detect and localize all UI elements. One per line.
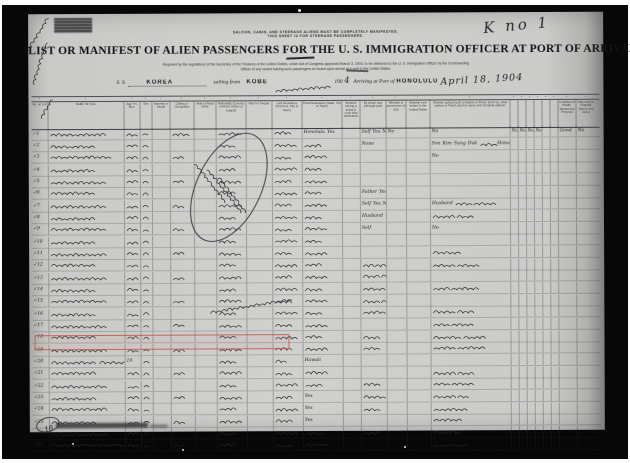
cell-name xyxy=(48,187,124,198)
pen-underline-mark xyxy=(286,57,314,60)
cell-deformed xyxy=(576,222,596,233)
cell-ticket xyxy=(342,163,360,174)
cell-q1 xyxy=(510,234,518,245)
cell-q2 xyxy=(519,414,527,425)
cell-q1 xyxy=(511,390,519,401)
cell-deformed xyxy=(576,258,596,269)
cell-q3 xyxy=(526,210,534,221)
cell-q4 xyxy=(535,402,543,413)
cell-q2 xyxy=(518,331,526,342)
cell-money xyxy=(387,367,407,378)
cell-ticket xyxy=(342,235,360,246)
cell-paid xyxy=(361,391,387,402)
column-header-money: Whether in possession of $50 xyxy=(385,101,405,128)
cell-health xyxy=(558,294,576,305)
cell-sex xyxy=(141,392,153,403)
cell-q4 xyxy=(535,390,543,401)
cell-paid: FatherYesNo xyxy=(360,187,386,198)
cell-dest: HonoluluYes xyxy=(302,127,342,138)
cell-q2 xyxy=(518,318,526,329)
cell-q1 xyxy=(510,318,518,329)
cell-lastres xyxy=(273,355,303,366)
cell-join xyxy=(430,187,510,198)
cell-sex xyxy=(140,248,152,259)
sailing-from-label: sailing from xyxy=(213,79,240,85)
cell-nationality xyxy=(217,427,247,438)
cell-inus xyxy=(406,283,430,294)
cell-calling xyxy=(171,392,195,403)
cell-q5 xyxy=(542,269,550,280)
cell-q1 xyxy=(510,198,518,209)
handwriting-text: ✓7 xyxy=(33,204,40,209)
cell-paid xyxy=(360,307,386,318)
cell-name xyxy=(48,284,124,295)
cell-no: ✓13 xyxy=(32,273,48,284)
cell-race xyxy=(247,391,273,402)
cell-deformed xyxy=(576,174,596,185)
cell-read xyxy=(195,416,217,427)
cell-name xyxy=(48,200,124,211)
cell-deformed xyxy=(576,330,596,341)
cell-dest xyxy=(302,163,342,174)
cell-inus xyxy=(406,234,430,245)
cell-name xyxy=(48,164,124,175)
cell-health xyxy=(558,138,576,149)
cell-dest xyxy=(302,175,342,186)
cell-age xyxy=(125,428,141,439)
cell-q4 xyxy=(534,186,542,197)
cell-q5 xyxy=(543,413,551,424)
cell-paid: Husband xyxy=(360,211,386,222)
handwriting-text: None xyxy=(362,142,374,147)
cell-inus xyxy=(406,319,430,330)
cell-inus xyxy=(406,175,430,186)
cell-join xyxy=(430,318,510,329)
cell-age xyxy=(124,212,140,223)
cell-q2 xyxy=(519,378,527,389)
cell-sex xyxy=(140,284,152,295)
cell-read xyxy=(195,439,217,450)
handwriting-text: Yes xyxy=(327,130,335,135)
cell-sex xyxy=(140,223,152,234)
cell-health xyxy=(558,197,576,208)
cell-no: ✓2 xyxy=(32,140,48,151)
cell-age xyxy=(124,176,140,187)
cell-paid xyxy=(360,295,386,306)
cell-dest xyxy=(302,247,342,258)
cell-money xyxy=(387,342,407,353)
handwriting-text: ✓4 xyxy=(33,168,40,173)
cell-q4 xyxy=(534,306,542,317)
cell-join: Husband xyxy=(430,198,510,210)
cell-calling xyxy=(171,367,195,378)
cell-q1 xyxy=(510,306,518,317)
cell-q6 xyxy=(551,426,559,437)
cell-ticket xyxy=(342,271,360,282)
cell-dest xyxy=(302,199,342,210)
column-header-q5 xyxy=(541,100,549,127)
cell-join xyxy=(430,234,510,246)
cell-nationality xyxy=(217,391,247,402)
cell-q3 xyxy=(527,414,535,425)
cell-q5 xyxy=(543,390,551,401)
cell-nationality xyxy=(217,415,247,426)
cell-health xyxy=(559,366,577,377)
cell-q4 xyxy=(534,162,542,173)
cell-health xyxy=(558,269,576,280)
cell-join xyxy=(431,354,511,365)
column-header-deformed: Deformed or Crippled. Nature and cause xyxy=(575,100,595,127)
cell-lastres xyxy=(273,403,303,414)
cell-age xyxy=(124,140,140,151)
handwriting-text: No xyxy=(512,129,518,134)
cell-name xyxy=(48,308,124,319)
cell-marital xyxy=(152,272,170,283)
cell-ticket xyxy=(342,151,360,162)
cell-q6 xyxy=(550,125,558,136)
cell-no: ✓7 xyxy=(32,201,48,212)
cell-read xyxy=(194,319,216,330)
cell-health xyxy=(558,318,576,329)
handwriting-text: Yes xyxy=(305,394,313,399)
cell-q1 xyxy=(510,174,518,185)
cell-inus xyxy=(406,295,430,306)
cell-marital xyxy=(152,308,170,319)
cell-paid xyxy=(360,271,386,282)
handwriting-text: ✓6 xyxy=(33,191,40,196)
cell-q3 xyxy=(526,246,534,257)
cell-marital xyxy=(152,176,170,187)
cell-q6 xyxy=(550,210,558,221)
cell-dest: Hawaii xyxy=(303,355,343,366)
cell-age xyxy=(124,164,140,175)
cell-q5 xyxy=(543,341,551,352)
cell-q1 xyxy=(511,414,519,425)
cell-inus xyxy=(406,223,430,234)
cell-inus xyxy=(406,259,430,270)
cell-calling xyxy=(171,416,195,427)
cell-q2 xyxy=(518,138,526,149)
cell-marital xyxy=(152,223,170,234)
cell-deformed xyxy=(577,390,597,401)
cell-ticket xyxy=(343,355,361,366)
cell-marital xyxy=(153,403,171,414)
cell-nationality xyxy=(217,403,247,414)
cell-q3 xyxy=(527,439,535,450)
handwriting-text: ✓13 xyxy=(33,276,43,281)
cell-health xyxy=(558,330,576,341)
handwriting-text: Honolulu xyxy=(497,141,509,146)
cell-q2 xyxy=(519,367,527,378)
cell-calling xyxy=(170,272,194,283)
cell-q3 xyxy=(527,390,535,401)
cell-q6 xyxy=(550,174,558,185)
cell-ticket xyxy=(342,211,360,222)
cell-money xyxy=(386,211,406,222)
cell-money xyxy=(387,427,407,438)
cell-marital xyxy=(153,356,171,367)
cell-q5 xyxy=(543,366,551,377)
cell-sex xyxy=(141,380,153,391)
handwriting-text: 19 xyxy=(127,359,133,364)
cell-no: ✓15 xyxy=(32,296,48,307)
cell-name xyxy=(48,212,124,223)
cell-nationality xyxy=(217,367,247,378)
cell-race xyxy=(246,319,272,330)
cell-deformed xyxy=(576,294,596,305)
cell-paid xyxy=(360,235,386,246)
column-header-q2 xyxy=(517,100,525,127)
cell-q3 xyxy=(527,367,535,378)
cell-race xyxy=(246,259,272,270)
cell-health xyxy=(558,222,576,233)
cell-marital xyxy=(152,164,170,175)
cell-name xyxy=(48,236,124,247)
handwriting-text: No xyxy=(528,129,534,134)
cell-race xyxy=(247,379,273,390)
cell-paid xyxy=(361,439,387,450)
cell-q2 xyxy=(518,198,526,209)
cell-q3 xyxy=(526,306,534,317)
cell-q1 xyxy=(510,210,518,221)
cell-sex xyxy=(140,236,152,247)
cell-q3 xyxy=(526,270,534,281)
cell-name xyxy=(49,392,125,403)
cell-ticket xyxy=(342,307,360,318)
cell-sex xyxy=(141,439,153,450)
cell-inus xyxy=(406,126,430,137)
handwriting-text: Self xyxy=(362,202,371,207)
cell-marital xyxy=(152,151,170,162)
cell-age xyxy=(124,128,140,139)
column-header-q6 xyxy=(549,100,557,127)
cell-join xyxy=(430,259,510,270)
cell-marital xyxy=(152,128,170,139)
cell-no: ✓4 xyxy=(32,165,48,176)
cell-race xyxy=(246,271,272,282)
cell-health: Good xyxy=(558,125,576,136)
cell-dest xyxy=(302,331,342,342)
cell-q6 xyxy=(551,402,559,413)
cell-ticket xyxy=(342,127,360,138)
cell-marital xyxy=(153,380,171,391)
cell-calling xyxy=(170,320,194,331)
cell-marital xyxy=(152,259,170,270)
handwriting-text: ✓17 xyxy=(33,323,43,328)
cell-dest xyxy=(302,259,342,270)
cell-age xyxy=(124,236,140,247)
cell-q4 xyxy=(535,438,543,449)
cell-ticket xyxy=(342,199,360,210)
cell-money xyxy=(386,139,406,150)
cell-join xyxy=(430,295,510,306)
handwriting-text: ✓20 xyxy=(34,359,44,364)
cell-q4 xyxy=(534,246,542,257)
cell-join xyxy=(430,282,510,293)
cell-q2 xyxy=(518,162,526,173)
cell-q4 xyxy=(535,342,543,353)
arrival-port-stamp: HONOLULU xyxy=(396,78,438,84)
cell-sex xyxy=(141,428,153,439)
cell-inus xyxy=(406,270,430,281)
cell-q2 xyxy=(518,246,526,257)
cell-health xyxy=(558,161,576,172)
cell-dest xyxy=(303,367,343,378)
cell-q1 xyxy=(510,138,518,149)
cell-ticket xyxy=(342,175,360,186)
cell-q5 xyxy=(542,186,550,197)
cell-age xyxy=(125,380,141,391)
cell-q6 xyxy=(550,161,558,172)
cell-q5 xyxy=(542,294,550,305)
cell-q5 xyxy=(543,426,551,437)
cell-name xyxy=(49,367,125,378)
cell-q6 xyxy=(550,269,558,280)
cell-ticket xyxy=(342,331,360,342)
handwriting-text: ✓5 xyxy=(33,179,40,184)
cell-race xyxy=(247,355,273,366)
cell-inus xyxy=(406,198,430,209)
handwriting-text: Yes xyxy=(379,190,386,195)
cell-q5 xyxy=(542,258,550,269)
cell-health xyxy=(558,150,576,161)
cell-ticket xyxy=(342,283,360,294)
cell-no: ✓1 xyxy=(32,129,48,140)
cell-inus xyxy=(406,331,430,342)
cell-q2: No xyxy=(518,126,526,137)
cell-join: SonKimSungDukHonolulu xyxy=(430,138,510,149)
cell-calling xyxy=(171,356,195,367)
ss-label: S. S. xyxy=(116,80,126,86)
cell-ticket xyxy=(342,247,360,258)
cell-no: ✓3 xyxy=(32,152,48,163)
column-header-q3 xyxy=(525,100,533,127)
handwriting-text: ✓24 xyxy=(34,407,44,412)
cell-money xyxy=(386,247,406,258)
cell-q2 xyxy=(519,342,527,353)
cell-q4 xyxy=(535,426,543,437)
cell-age xyxy=(124,320,140,331)
cell-deformed xyxy=(577,366,597,377)
cell-read xyxy=(194,259,216,270)
cell-inus xyxy=(407,427,431,438)
cell-dest xyxy=(302,283,342,294)
cell-q3 xyxy=(526,259,534,270)
cell-join xyxy=(431,342,511,354)
cell-name xyxy=(48,259,124,270)
cell-q3 xyxy=(526,234,534,245)
cell-marital xyxy=(152,187,170,198)
page-title: LIST OR MANIFEST OF ALIEN PASSENGERS FOR… xyxy=(28,43,603,58)
handwriting-text: No xyxy=(520,129,526,134)
cell-no: ✓10 xyxy=(32,237,48,248)
cell-join xyxy=(430,210,510,221)
cell-paid xyxy=(361,379,387,390)
handwriting-text: ✓14 xyxy=(33,287,43,292)
cell-sex xyxy=(140,259,152,270)
cell-q5 xyxy=(542,318,550,329)
cell-join xyxy=(431,426,511,437)
column-header-sex: Sex xyxy=(139,102,151,129)
cell-paid: SelfYesNo xyxy=(360,127,386,138)
handwriting-text: Honolulu xyxy=(304,130,325,135)
cell-marital xyxy=(153,439,171,450)
cell-inus xyxy=(406,162,430,173)
cell-q4 xyxy=(534,282,542,293)
cell-money xyxy=(387,439,407,450)
cell-join: No xyxy=(430,223,510,234)
cell-age xyxy=(125,392,141,403)
cell-q5 xyxy=(542,161,550,172)
handwriting-text: ✓9 xyxy=(33,227,40,232)
cell-dest xyxy=(303,343,343,354)
cell-health xyxy=(559,402,577,413)
cell-q6 xyxy=(550,258,558,269)
cell-marital xyxy=(152,140,170,151)
handwriting-text: Father xyxy=(362,190,377,195)
cell-q5 xyxy=(542,246,550,257)
cell-deformed xyxy=(576,233,596,244)
cell-q3 xyxy=(526,174,534,185)
cell-q6 xyxy=(550,330,558,341)
cell-read xyxy=(194,283,216,294)
cell-join xyxy=(431,439,511,450)
cell-dest xyxy=(302,271,342,282)
cell-q5 xyxy=(542,282,550,293)
cell-age xyxy=(124,308,140,319)
column-header-q4 xyxy=(533,100,541,127)
cell-q4 xyxy=(534,294,542,305)
cell-lastres xyxy=(273,415,303,426)
cell-age xyxy=(124,259,140,270)
cell-health xyxy=(558,174,576,185)
cell-q2 xyxy=(518,223,526,234)
cell-sex xyxy=(140,140,152,151)
cell-health xyxy=(559,438,577,449)
handwriting-text: Yes xyxy=(373,202,381,207)
ink-smudge-stamp xyxy=(56,423,148,428)
handwriting-text: No xyxy=(382,130,385,135)
cell-ticket xyxy=(342,259,360,270)
cell-money xyxy=(386,187,406,198)
cell-q5 xyxy=(543,354,551,365)
cell-marital xyxy=(153,367,171,378)
cell-read xyxy=(195,403,217,414)
arriving-label: Arriving at Port of xyxy=(353,79,394,85)
cell-sex xyxy=(140,187,152,198)
cell-inus xyxy=(406,151,430,162)
cell-join xyxy=(430,174,510,185)
cell-q4 xyxy=(534,270,542,281)
cell-money xyxy=(386,162,406,173)
handwriting-text: Self xyxy=(362,130,371,135)
cell-marital xyxy=(153,392,171,403)
handwriting-text: ✓21 xyxy=(34,371,44,376)
cell-calling xyxy=(171,439,195,450)
cell-name xyxy=(48,320,124,331)
cell-race xyxy=(247,403,273,414)
handwriting-text: No xyxy=(432,154,439,159)
cell-health xyxy=(559,377,577,388)
cell-deformed xyxy=(576,318,596,329)
cell-no: ✓21 xyxy=(33,368,49,379)
cell-q5 xyxy=(542,197,550,208)
cell-sex xyxy=(140,212,152,223)
cell-health xyxy=(558,246,576,257)
cell-money xyxy=(386,283,406,294)
column-header-age: Age Yrs. Mos. xyxy=(123,102,139,129)
cell-marital xyxy=(152,212,170,223)
